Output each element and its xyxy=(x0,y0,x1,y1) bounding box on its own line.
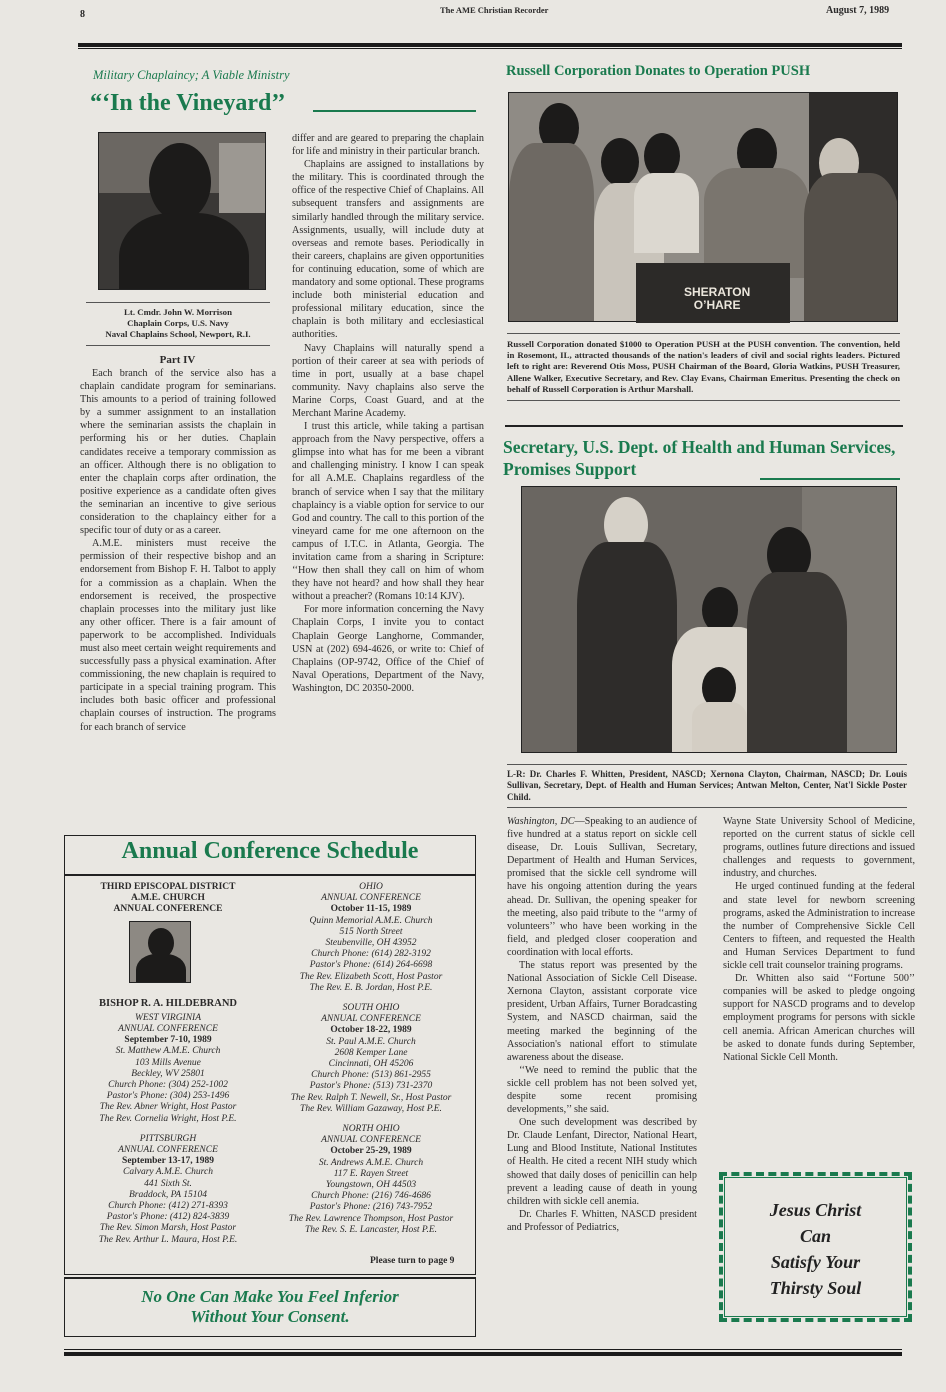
page-number: 8 xyxy=(80,9,85,20)
headline-rule xyxy=(313,110,476,112)
footer-rule xyxy=(64,1352,902,1356)
paragraph: Each branch of the service also has a ch… xyxy=(80,367,276,537)
bishop-portrait-photo xyxy=(129,921,191,983)
paragraph: Wayne State University School of Medicin… xyxy=(723,815,915,880)
hhs-column-1: Washington, DC—Speaking to an audience o… xyxy=(507,815,697,1234)
push-caption: Russell Corporation donated $1000 to Ope… xyxy=(507,333,900,401)
paragraph: Dr. Charles F. Whitten, NASCD president … xyxy=(507,1208,697,1234)
paragraph: For more information concerning the Navy… xyxy=(292,603,484,695)
chaplain-portrait-photo xyxy=(98,132,266,290)
publication-name: The AME Christian Recorder xyxy=(440,5,548,15)
hhs-column-2: Wayne State University School of Medicin… xyxy=(723,815,915,1064)
continued-notice: Please turn to page 9 xyxy=(370,1256,454,1266)
article-column-2: differ and are geared to preparing the c… xyxy=(292,132,484,695)
footer-rule-thin xyxy=(64,1349,902,1350)
quote-text: No One Can Make You Feel Inferior Withou… xyxy=(64,1287,476,1327)
part-heading: Part IV xyxy=(80,354,275,366)
paragraph: I trust this article, while taking a par… xyxy=(292,420,484,603)
paragraph: He urged continued funding at the federa… xyxy=(723,880,915,972)
paragraph: ‘‘We need to remind the public that the … xyxy=(507,1064,697,1116)
conference-entry: WEST VIRGINIA ANNUAL CONFERENCE Septembe… xyxy=(68,1013,268,1125)
paragraph: differ and are geared to preparing the c… xyxy=(292,132,484,158)
article-column-1: Each branch of the service also has a ch… xyxy=(80,367,276,734)
schedule-title: Annual Conference Schedule xyxy=(64,838,476,865)
masthead-rule xyxy=(78,43,902,47)
paragraph: Dr. Whitten also said ‘‘Fortune 500’’ co… xyxy=(723,972,915,1064)
article-kicker: Military Chaplaincy; A Viable Ministry xyxy=(93,68,290,83)
section-rule xyxy=(505,425,903,427)
conference-entry: NORTH OHIO ANNUAL CONFERENCE October 25-… xyxy=(268,1124,474,1236)
paragraph: Washington, DC—Speaking to an audience o… xyxy=(507,815,697,959)
masthead-rule-thin xyxy=(78,48,902,49)
schedule-column-right: OHIO ANNUAL CONFERENCE October 11-15, 19… xyxy=(268,882,474,1236)
podium-sign: SHERATON O’HARE xyxy=(684,286,750,312)
paragraph: The status report was presented by the N… xyxy=(507,959,697,1064)
inspirational-message: Jesus Christ Can Satisfy Your Thirsty So… xyxy=(719,1197,912,1301)
push-headline: Russell Corporation Donates to Operation… xyxy=(506,63,810,80)
paragraph: A.M.E. ministers must receive the permis… xyxy=(80,537,276,733)
conference-entry: SOUTH OHIO ANNUAL CONFERENCE October 18-… xyxy=(268,1003,474,1115)
caption-line: Naval Chaplains School, Newport, R.I. xyxy=(86,329,270,340)
caption-line: Chaplain Corps, U.S. Navy xyxy=(86,318,270,329)
conference-entry: OHIO ANNUAL CONFERENCE October 11-15, 19… xyxy=(268,882,474,994)
issue-date: August 7, 1989 xyxy=(826,5,889,16)
paragraph: Chaplains are assigned to installations … xyxy=(292,158,484,341)
article-headline: “‘In the Vineyard’’ xyxy=(90,90,286,117)
hhs-caption: L-R: Dr. Charles F. Whitten, President, … xyxy=(507,764,907,808)
hhs-headline: Secretary, U.S. Dept. of Health and Huma… xyxy=(503,436,903,480)
headline-rule xyxy=(760,478,900,480)
portrait-caption: Lt. Cmdr. John W. Morrison Chaplain Corp… xyxy=(86,302,270,346)
bishop-name: BISHOP R. A. HILDEBRAND xyxy=(68,998,268,1009)
dateline: Washington, DC xyxy=(507,816,574,827)
caption-line: Lt. Cmdr. John W. Morrison xyxy=(86,307,270,318)
schedule-title-rule xyxy=(64,874,476,876)
hhs-group-photo xyxy=(521,486,897,753)
paragraph: Navy Chaplains will naturally spend a po… xyxy=(292,342,484,421)
paragraph: One such development was described by Dr… xyxy=(507,1116,697,1208)
conference-entry: PITTSBURGH ANNUAL CONFERENCE September 1… xyxy=(68,1134,268,1246)
